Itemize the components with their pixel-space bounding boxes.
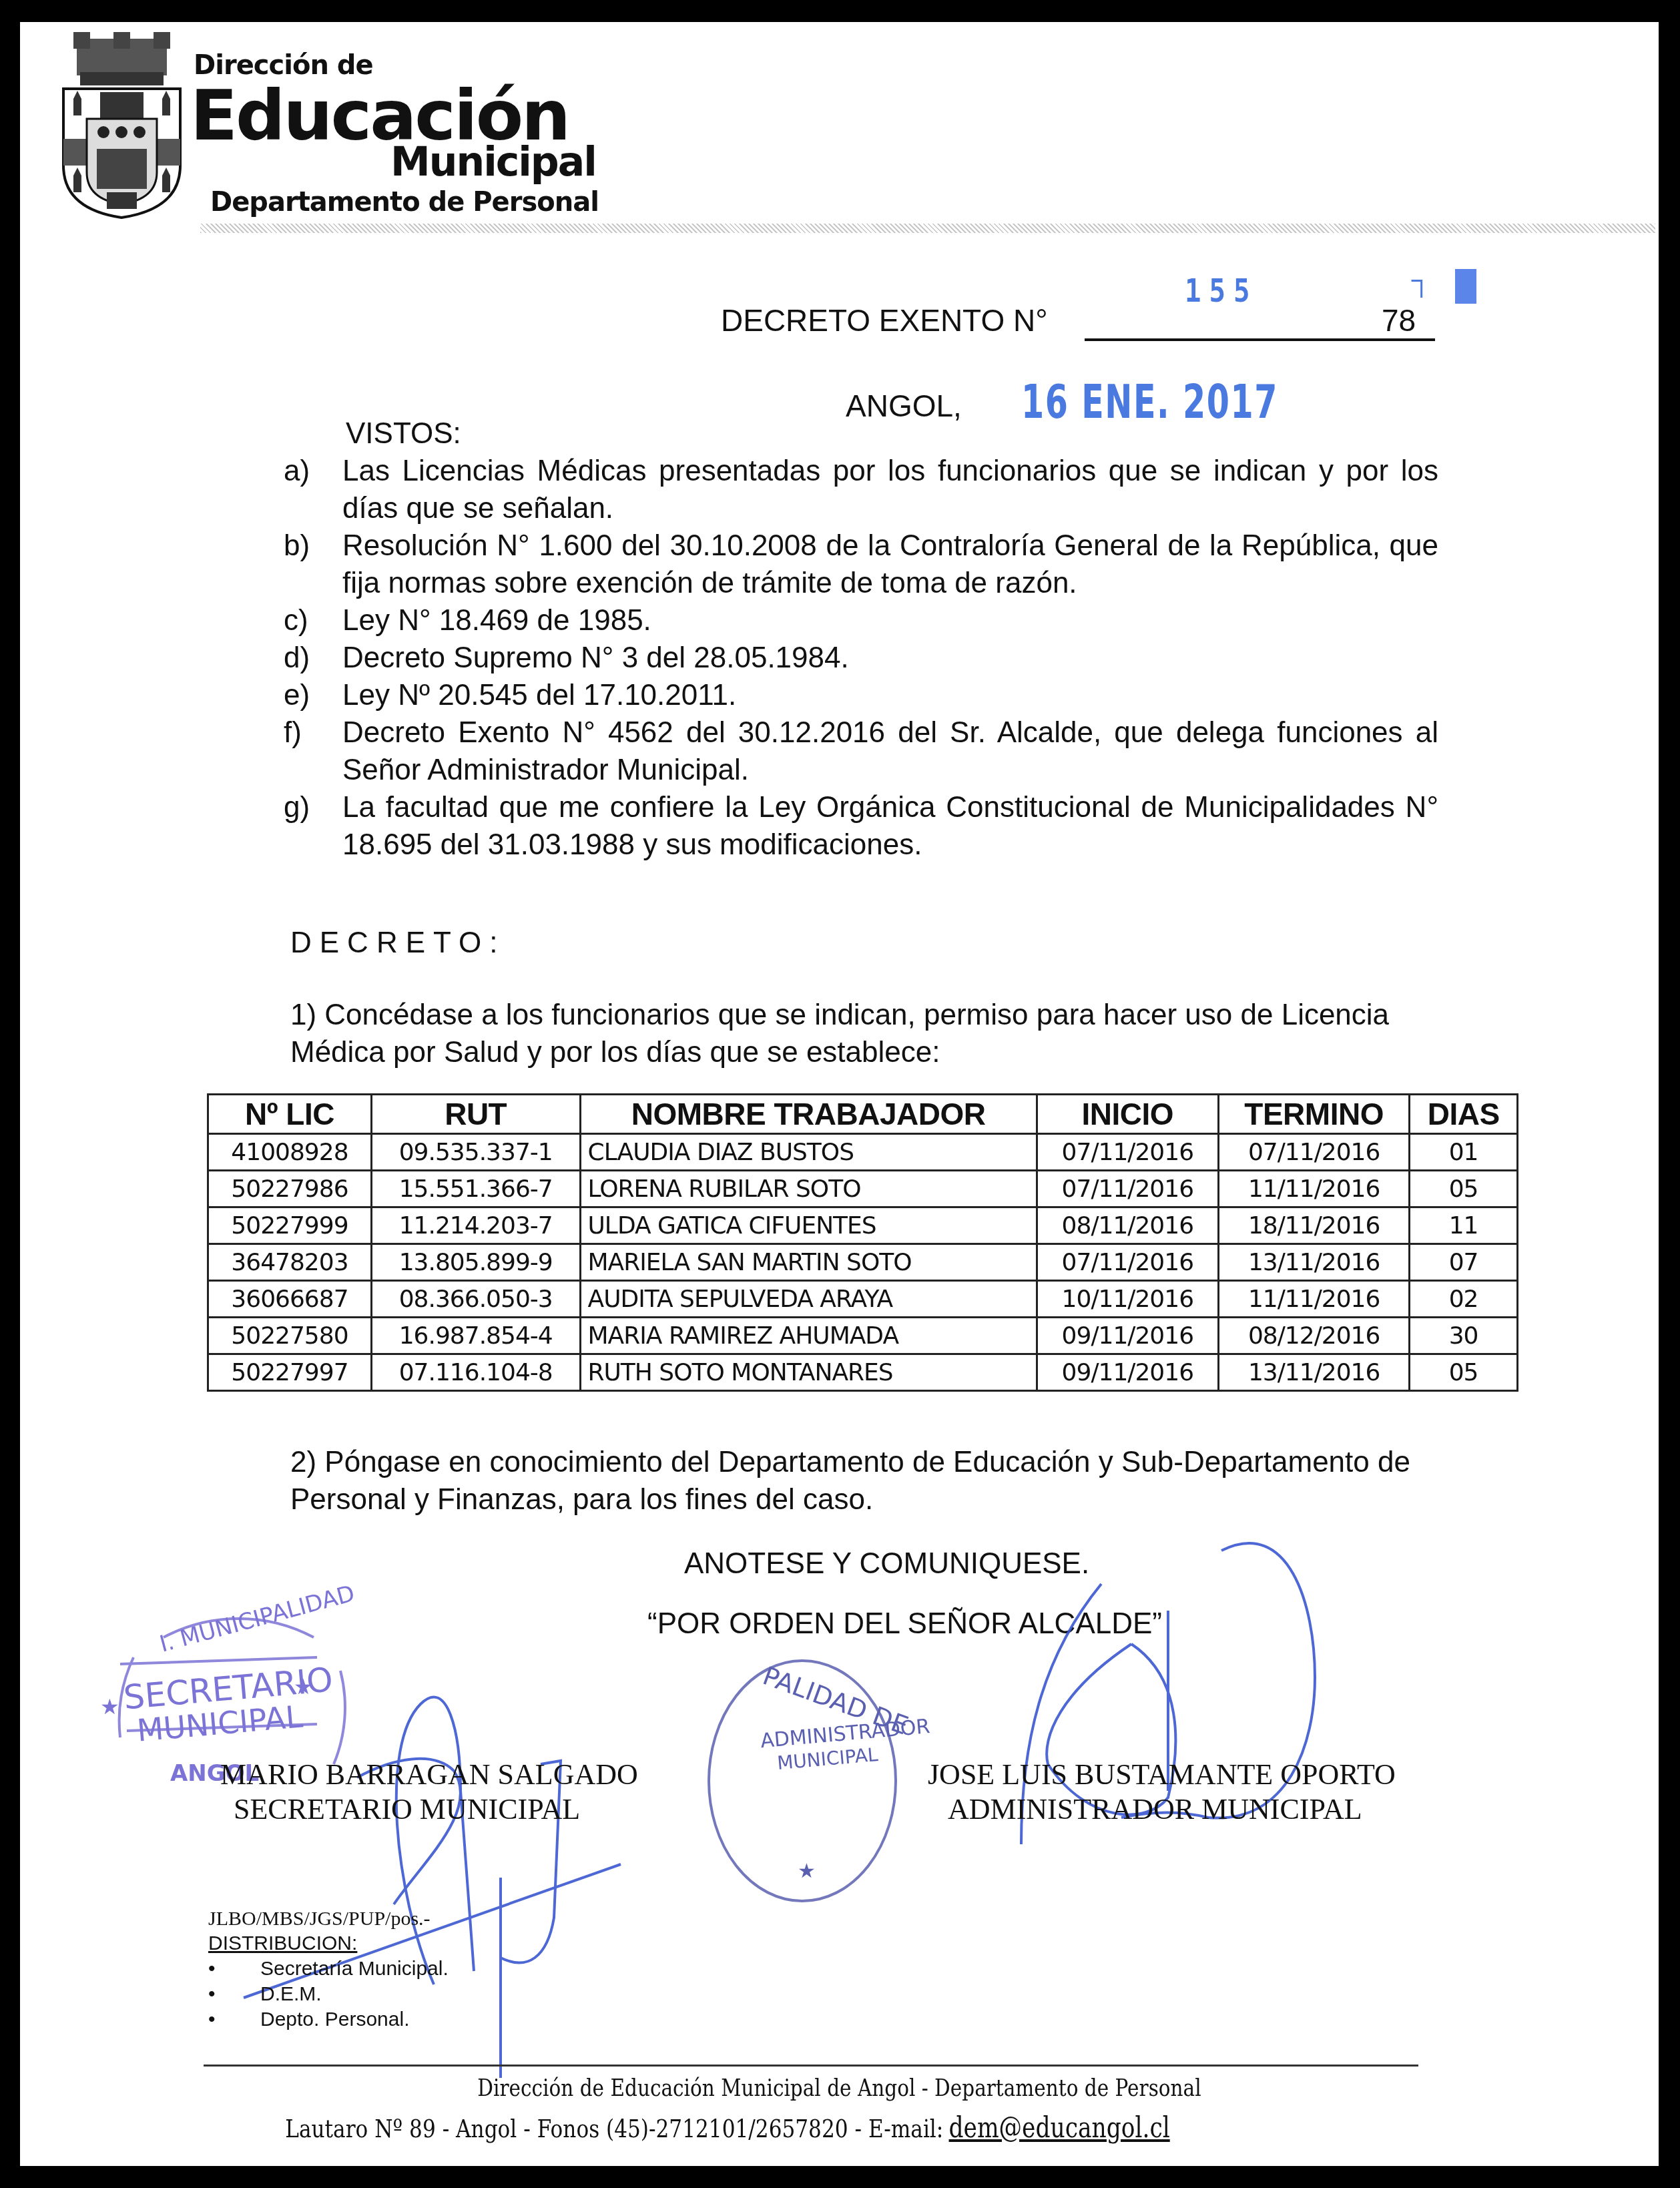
- column-header: NOMBRE TRABAJADOR: [580, 1095, 1037, 1134]
- org-name-line3: Municipal: [390, 142, 596, 182]
- signer-left-title: SECRETARIO MUNICIPAL: [234, 1792, 580, 1826]
- stamp-text-top: I. MUNICIPALIDAD: [157, 1580, 358, 1657]
- column-header: Nº LIC: [208, 1095, 372, 1134]
- footer-org: Dirección de Educación Municipal de Ango…: [168, 2075, 1511, 2102]
- coat-of-arms-icon: [50, 32, 194, 219]
- signer-right-title: ADMINISTRADOR MUNICIPAL: [948, 1792, 1362, 1826]
- table-cell: 11/11/2016: [1219, 1281, 1410, 1318]
- table-cell: 08.366.050-3: [371, 1281, 580, 1318]
- decree-number: 78: [1382, 302, 1416, 338]
- medical-leave-table: Nº LICRUTNOMBRE TRABAJADORINICIOTERMINOD…: [207, 1093, 1518, 1392]
- signer-left-name: MARIO BARRAGAN SALGADO: [220, 1757, 638, 1792]
- table-cell: 30: [1410, 1318, 1518, 1354]
- vistos-text: Las Licencias Médicas presentadas por lo…: [342, 453, 1438, 527]
- vistos-text: Decreto Exento N° 4562 del 30.12.2016 de…: [342, 714, 1438, 789]
- decree-number-underline: [1085, 338, 1435, 341]
- table-row: 3647820313.805.899-9MARIELA SAN MARTIN S…: [208, 1244, 1518, 1281]
- table-cell: 11.214.203-7: [371, 1207, 580, 1244]
- bullet-icon: •: [208, 2007, 260, 2032]
- vistos-text: Resolución N° 1.600 del 30.10.2008 de la…: [342, 527, 1438, 602]
- stamp-block-icon: [1455, 269, 1476, 304]
- table-cell: 36066687: [208, 1281, 372, 1318]
- document-page: Dirección de Educación Municipal Departa…: [20, 22, 1659, 2166]
- table-cell: 11/11/2016: [1219, 1171, 1410, 1207]
- table-cell: 50227997: [208, 1354, 372, 1391]
- table-cell: 07/11/2016: [1037, 1134, 1218, 1171]
- distribution-item: •Secretaría Municipal.: [208, 1956, 449, 1982]
- column-header: INICIO: [1037, 1095, 1218, 1134]
- table-cell: 05: [1410, 1171, 1518, 1207]
- stamp-mark-icon: ┐: [1412, 264, 1432, 296]
- distribution-list: •Secretaría Municipal. •D.E.M. •Depto. P…: [208, 1956, 449, 2032]
- vistos-title: VISTOS:: [346, 417, 461, 451]
- table-cell: 41008928: [208, 1134, 372, 1171]
- table-cell: 09/11/2016: [1037, 1318, 1218, 1354]
- vistos-letter: f): [284, 714, 342, 789]
- svg-text:MUNICIPAL: MUNICIPAL: [135, 1698, 304, 1749]
- table-cell: 36478203: [208, 1244, 372, 1281]
- table-cell: ULDA GATICA CIFUENTES: [580, 1207, 1037, 1244]
- table-cell: 16.987.854-4: [371, 1318, 580, 1354]
- paragraph-1: 1) Concédase a los funcionarios que se i…: [290, 997, 1438, 1071]
- vistos-item: a)Las Licencias Médicas presentadas por …: [284, 453, 1438, 527]
- table-cell: 07: [1410, 1244, 1518, 1281]
- table-row: 4100892809.535.337-1CLAUDIA DIAZ BUSTOS0…: [208, 1134, 1518, 1171]
- table-cell: 07/11/2016: [1219, 1134, 1410, 1171]
- table-cell: 13.805.899-9: [371, 1244, 580, 1281]
- table-cell: 02: [1410, 1281, 1518, 1318]
- date-stamp: 16 ENE. 2017: [1021, 374, 1278, 429]
- bullet-icon: •: [208, 1982, 260, 2007]
- table-cell: 13/11/2016: [1219, 1354, 1410, 1391]
- svg-text:★: ★: [798, 1860, 816, 1882]
- decree-label: DECRETO EXENTO N°: [721, 302, 1048, 338]
- column-header: TERMINO: [1219, 1095, 1410, 1134]
- vistos-item: f)Decreto Exento N° 4562 del 30.12.2016 …: [284, 714, 1438, 789]
- city-label: ANGOL,: [846, 388, 962, 424]
- table-cell: 08/12/2016: [1219, 1318, 1410, 1354]
- table-cell: 13/11/2016: [1219, 1244, 1410, 1281]
- table-cell: 05: [1410, 1354, 1518, 1391]
- signer-right-name: JOSE LUIS BUSTAMANTE OPORTO: [928, 1757, 1396, 1792]
- vistos-item: b)Resolución N° 1.600 del 30.10.2008 de …: [284, 527, 1438, 602]
- decree-number-stamp: 155: [1185, 272, 1257, 310]
- vistos-letter: e): [284, 677, 342, 714]
- vistos-item: g)La facultad que me confiere la Ley Org…: [284, 789, 1438, 864]
- column-header: DIAS: [1410, 1095, 1518, 1134]
- table-cell: 10/11/2016: [1037, 1281, 1218, 1318]
- vistos-item: c)Ley N° 18.469 de 1985.: [284, 602, 1438, 639]
- closing-orden: “POR ORDEN DEL SEÑOR ALCALDE”: [647, 1607, 1162, 1641]
- table-cell: RUTH SOTO MONTANARES: [580, 1354, 1037, 1391]
- svg-text:PALIDAD DE: PALIDAD DE: [759, 1661, 912, 1740]
- footer-divider: [204, 2065, 1418, 2067]
- paragraph-2: 2) Póngase en conocimiento del Departame…: [290, 1444, 1452, 1519]
- vistos-item: e)Ley Nº 20.545 del 17.10.2011.: [284, 677, 1438, 714]
- table-cell: MARIELA SAN MARTIN SOTO: [580, 1244, 1037, 1281]
- table-row: 5022799911.214.203-7ULDA GATICA CIFUENTE…: [208, 1207, 1518, 1244]
- vistos-text: Decreto Supremo N° 3 del 28.05.1984.: [342, 639, 1438, 677]
- table-header-row: Nº LICRUTNOMBRE TRABAJADORINICIOTERMINOD…: [208, 1095, 1518, 1134]
- table-cell: 50227986: [208, 1171, 372, 1207]
- table-row: 3606668708.366.050-3AUDITA SEPULVEDA ARA…: [208, 1281, 1518, 1318]
- distribution-title: DISTRIBUCION:: [208, 1932, 357, 1955]
- vistos-letter: b): [284, 527, 342, 602]
- table-cell: 07/11/2016: [1037, 1244, 1218, 1281]
- svg-text:MUNICIPAL: MUNICIPAL: [776, 1743, 879, 1774]
- footer-contact: Lautaro Nº 89 - Angol - Fonos (45)-27121…: [148, 2111, 1308, 2144]
- table-cell: 07.116.104-8: [371, 1354, 580, 1391]
- svg-text:★: ★: [100, 1695, 119, 1719]
- vistos-item: d)Decreto Supremo N° 3 del 28.05.1984.: [284, 639, 1438, 677]
- table-cell: LORENA RUBILAR SOTO: [580, 1171, 1037, 1207]
- distribution-item: •Depto. Personal.: [208, 2007, 449, 2032]
- org-department: Departamento de Personal: [210, 189, 599, 216]
- distribution-item: •D.E.M.: [208, 1982, 449, 2007]
- table-cell: 18/11/2016: [1219, 1207, 1410, 1244]
- table-cell: 01: [1410, 1134, 1518, 1171]
- svg-text:★: ★: [294, 1675, 313, 1699]
- column-header: RUT: [371, 1095, 580, 1134]
- vistos-letter: g): [284, 789, 342, 864]
- header-divider: [200, 224, 1655, 233]
- bullet-icon: •: [208, 1956, 260, 1982]
- footer-email-link[interactable]: dem@educangol.cl: [949, 2111, 1170, 2144]
- reference-initials: JLBO/MBS/JGS/PUP/pos.-: [208, 1908, 431, 1930]
- table-cell: 50227999: [208, 1207, 372, 1244]
- svg-text:SECRETARIO: SECRETARIO: [122, 1660, 334, 1717]
- table-cell: MARIA RAMIREZ AHUMADA: [580, 1318, 1037, 1354]
- table-row: 5022798615.551.366-7LORENA RUBILAR SOTO0…: [208, 1171, 1518, 1207]
- table-row: 5022799707.116.104-8RUTH SOTO MONTANARES…: [208, 1354, 1518, 1391]
- vistos-letter: a): [284, 453, 342, 527]
- svg-text:ADMINISTRADOR: ADMINISTRADOR: [760, 1715, 931, 1753]
- vistos-letter: c): [284, 602, 342, 639]
- secretario-stamp-icon: [119, 1619, 345, 1764]
- vistos-text: Ley Nº 20.545 del 17.10.2011.: [342, 677, 1438, 714]
- table-cell: 07/11/2016: [1037, 1171, 1218, 1207]
- decreto-title: DECRETO:: [290, 926, 506, 960]
- vistos-text: Ley N° 18.469 de 1985.: [342, 602, 1438, 639]
- table-row: 5022758016.987.854-4MARIA RAMIREZ AHUMAD…: [208, 1318, 1518, 1354]
- vistos-text: La facultad que me confiere la Ley Orgán…: [342, 789, 1438, 864]
- vistos-list: a)Las Licencias Médicas presentadas por …: [284, 453, 1438, 864]
- table-cell: 09.535.337-1: [371, 1134, 580, 1171]
- table-cell: 50227580: [208, 1318, 372, 1354]
- table-cell: 15.551.366-7: [371, 1171, 580, 1207]
- table-cell: 11: [1410, 1207, 1518, 1244]
- table-cell: AUDITA SEPULVEDA ARAYA: [580, 1281, 1037, 1318]
- table-cell: 08/11/2016: [1037, 1207, 1218, 1244]
- vistos-letter: d): [284, 639, 342, 677]
- table-cell: CLAUDIA DIAZ BUSTOS: [580, 1134, 1037, 1171]
- table-cell: 09/11/2016: [1037, 1354, 1218, 1391]
